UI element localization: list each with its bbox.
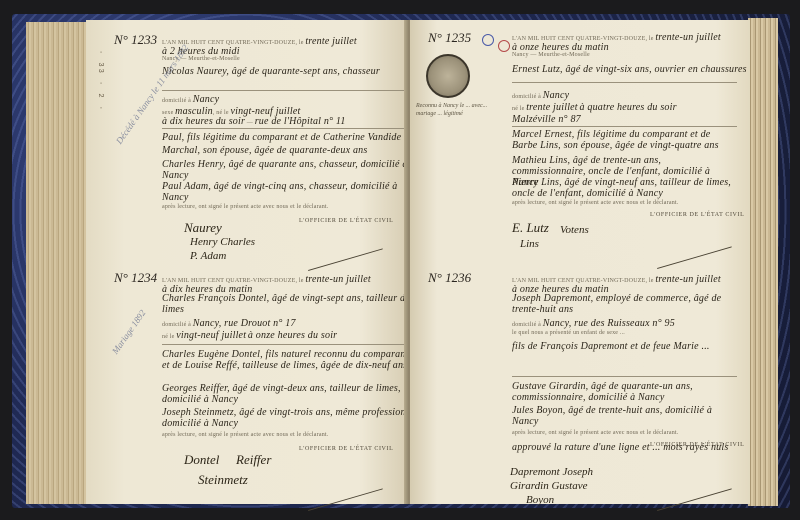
page-edges-right (748, 18, 778, 506)
act-closing: après lecture, ont signé le présent acte… (512, 430, 679, 436)
signature: Henry Charles (190, 236, 255, 248)
divider (512, 82, 737, 83)
act-child-name: Paul, fils légitime du comparant et de C… (162, 132, 402, 158)
act-birth: né le trente juillet à quatre heures du … (512, 102, 677, 113)
act-witness-2: Paul Adam, âgé de vingt-cinq ans, chasse… (162, 182, 412, 204)
act-birth-place: Malzéville n° 87 (512, 114, 581, 125)
act-witness-1: Charles Henry, âgé de quarante ans, chas… (162, 160, 412, 182)
stamp-icon (482, 34, 494, 46)
birth-act-1235: N° 1235 L'AN MIL HUIT CENT QUATRE-VINGT-… (420, 28, 745, 248)
signature: Steinmetz (198, 472, 248, 488)
act-domicile: domicilié à Nancy (512, 90, 569, 101)
left-page: N° 1233 L'AN MIL HUIT CENT QUATRE-VINGT-… (86, 20, 408, 504)
act-declarant: Ernest Lutz, âgé de vingt-six ans, ouvri… (512, 64, 747, 75)
act-child-name: Marcel Ernest, fils légitime du comparan… (512, 130, 737, 152)
act-child-name: fils de François Dapremont et de feue Ma… (512, 342, 737, 353)
signature: Votens (560, 224, 589, 236)
act-declarant: Charles François Dontel, âgé de vingt-se… (162, 294, 412, 316)
signature: Dapremont Joseph (510, 466, 593, 478)
divider (162, 344, 432, 345)
right-page: N° 1235 L'AN MIL HUIT CENT QUATRE-VINGT-… (410, 20, 750, 504)
act-closing: après lecture, ont signé le présent acte… (512, 200, 679, 206)
divider (162, 90, 432, 91)
signature: Dontel (184, 452, 219, 468)
signature: Naurey (184, 220, 222, 236)
act-witness-2: Jules Boyon, âgé de trente-huit ans, dom… (512, 406, 737, 428)
act-declarant: Joseph Dapremont, employé de commerce, â… (512, 294, 737, 316)
act-number: N° 1235 (428, 30, 471, 46)
act-domicile: domicilié à Nancy (162, 94, 219, 105)
municipal-seal (426, 54, 470, 98)
act-birth: né le vingt-neuf juillet à onze heures d… (162, 330, 337, 341)
signature: Girardin Gustave (510, 480, 588, 492)
act-statement: le quel nous a présenté un enfant de sex… (512, 330, 625, 336)
officer-label: L'OFFICIER DE L'ÉTAT CIVIL (650, 442, 744, 448)
act-number: N° 1234 (114, 270, 157, 286)
act-child-name: Charles Eugène Dontel, fils naturel reco… (162, 350, 412, 372)
stamp-icon (498, 40, 510, 52)
act-witness-1: Georges Reiffer, âgé de vingt-deux ans, … (162, 384, 412, 406)
act-domicile: domicilié à Nancy, rue des Ruisseaux n° … (512, 318, 675, 329)
signature: Reiffer (236, 452, 271, 468)
act-city: Nancy — Meurthe-et-Moselle (512, 52, 590, 58)
act-closing: après lecture, ont signé le présent acte… (162, 432, 329, 438)
signature: E. Lutz (512, 220, 549, 236)
act-declarant: Nicolas Naurey, âgé de quarante-sept ans… (162, 66, 380, 77)
officer-label: L'OFFICIER DE L'ÉTAT CIVIL (299, 446, 393, 452)
act-closing: après lecture, ont signé le présent acte… (162, 204, 329, 210)
divider (512, 376, 737, 377)
signature: Boyon (526, 494, 554, 506)
act-domicile: domicilié à Nancy, rue Drouot n° 17 (162, 318, 296, 329)
margin-annotation: Reconnu à Nancy le ... avec... mariage .… (416, 102, 506, 118)
act-witness-2: Pierre Lins, âgé de vingt-neuf ans, tail… (512, 178, 737, 200)
act-number: N° 1233 (114, 32, 157, 48)
page-edges-left (26, 22, 88, 504)
act-number: N° 1236 (428, 270, 471, 286)
act-witness-2: Joseph Steinmetz, âgé de vingt-trois ans… (162, 408, 412, 430)
leaf-mark: · 33 · 2 · (96, 50, 104, 112)
signature: P. Adam (190, 250, 226, 262)
birth-act-1233: N° 1233 L'AN MIL HUIT CENT QUATRE-VINGT-… (114, 32, 404, 252)
divider (162, 128, 432, 129)
act-witness-1: Gustave Girardin, âgé de quarante-un ans… (512, 382, 737, 404)
signature: Lins (520, 238, 539, 250)
act-birth-hour: à dix heures du soir — rue de l'Hôpital … (162, 116, 346, 127)
divider (512, 126, 737, 127)
